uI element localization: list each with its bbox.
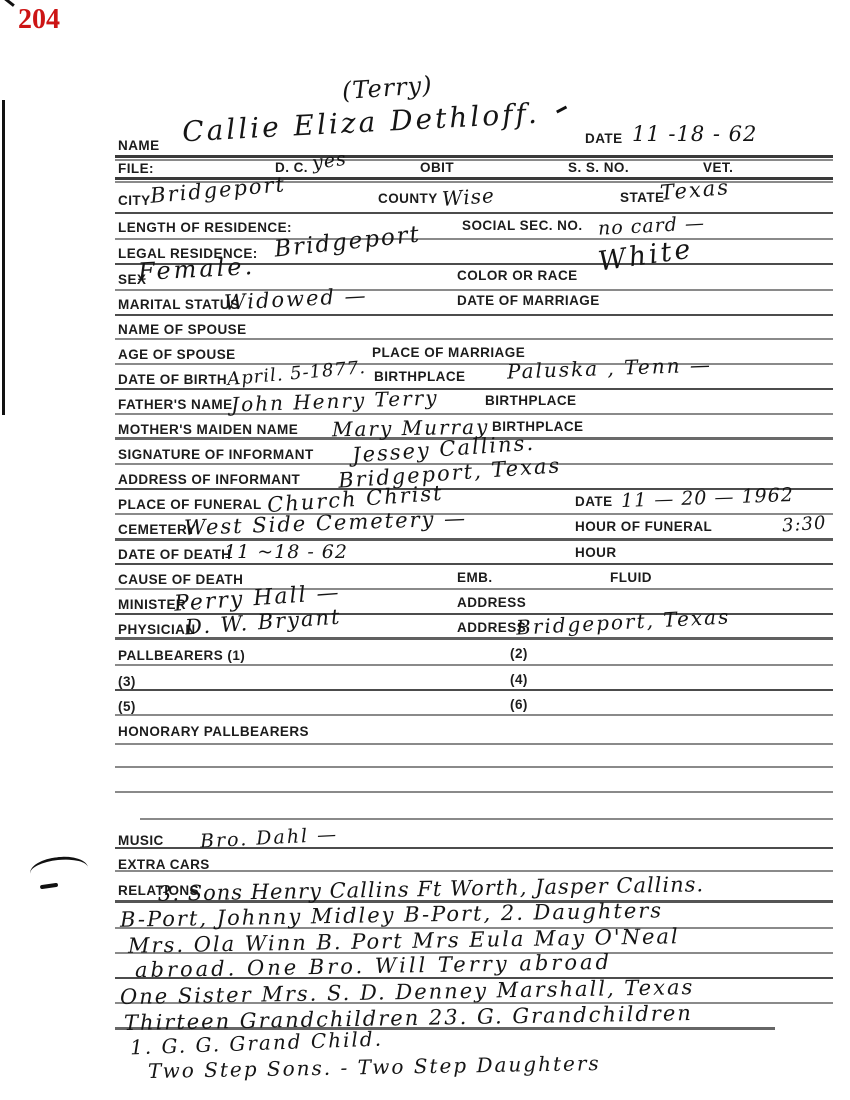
annotation-surname: (Terry) bbox=[341, 71, 433, 105]
field-label-birthplace-father: BIRTHPLACE bbox=[485, 393, 577, 408]
entry-legal-residence: Bridgeport bbox=[273, 221, 422, 262]
entry-fathers-name: John Henry Terry bbox=[231, 385, 439, 416]
field-label-name: NAME bbox=[118, 138, 160, 153]
field-label-county: COUNTY bbox=[378, 191, 438, 206]
field-label-pallbearer-1: PALLBEARERS (1) bbox=[118, 648, 245, 663]
field-label-physician: PHYSICIAN bbox=[118, 622, 196, 637]
field-label-social-sec-no: SOCIAL SEC. NO. bbox=[462, 218, 583, 233]
entry-marital-status: Widowed — bbox=[223, 283, 368, 314]
field-label-file: FILE: bbox=[118, 161, 154, 176]
field-label-date-of-marriage: DATE OF MARRIAGE bbox=[457, 293, 600, 308]
field-label-pallbearer-3: (3) bbox=[118, 674, 136, 689]
field-label-signature-of-informant: SIGNATURE OF INFORMANT bbox=[118, 447, 314, 462]
entry-date-top: 11 -18 - 62 bbox=[632, 122, 757, 146]
field-label-date-of-death: DATE OF DEATH bbox=[118, 547, 231, 562]
field-label-state: STATE bbox=[620, 190, 665, 205]
field-label-fluid: FLUID bbox=[610, 570, 652, 585]
field-label-pallbearer-6: (6) bbox=[510, 697, 528, 712]
field-label-hour: HOUR bbox=[575, 545, 617, 560]
field-label-date-top: DATE bbox=[585, 131, 623, 146]
field-label-pallbearer-4: (4) bbox=[510, 672, 528, 687]
entry-birthplace-self: Paluska , Tenn — bbox=[507, 352, 713, 383]
field-label-funeral-date: DATE bbox=[575, 494, 613, 509]
field-label-address-of-informant: ADDRESS OF INFORMANT bbox=[118, 472, 300, 487]
field-label-ssno: S. S. NO. bbox=[568, 160, 629, 175]
field-label-pallbearer-5: (5) bbox=[118, 699, 136, 714]
field-label-age-of-spouse: AGE OF SPOUSE bbox=[118, 347, 236, 362]
entry-color-or-race: White bbox=[596, 233, 695, 277]
entry-name: Callie Eliza Dethloff. bbox=[181, 97, 540, 149]
field-label-place-of-funeral: PLACE OF FUNERAL bbox=[118, 497, 262, 512]
field-label-color-or-race: COLOR OR RACE bbox=[457, 268, 578, 283]
field-label-date-of-birth: DATE OF BIRTH bbox=[118, 372, 227, 387]
field-label-honorary-pallbearers: HONORARY PALLBEARERS bbox=[118, 724, 309, 739]
scan-corner-mark bbox=[0, 0, 15, 7]
field-label-fathers-name: FATHER'S NAME bbox=[118, 397, 233, 412]
field-label-obit: OBIT bbox=[420, 160, 454, 175]
field-label-name-of-spouse: NAME OF SPOUSE bbox=[118, 322, 247, 337]
field-label-mothers-maiden-name: MOTHER'S MAIDEN NAME bbox=[118, 422, 298, 437]
page-number: 204 bbox=[18, 4, 60, 36]
entry-date-of-birth: April. 5-1877. bbox=[226, 357, 366, 390]
entry-county: Wise bbox=[441, 183, 495, 211]
field-label-place-of-marriage: PLACE OF MARRIAGE bbox=[372, 345, 525, 360]
entry-hour-of-funeral: 3:30 bbox=[781, 512, 827, 536]
entry-sex: Female. bbox=[137, 252, 255, 286]
field-label-music: MUSIC bbox=[118, 833, 164, 848]
field-label-city: CITY bbox=[118, 193, 151, 208]
entry-state: Texas bbox=[659, 175, 731, 205]
field-label-length-of-residence: LENGTH OF RESIDENCE: bbox=[118, 220, 292, 235]
field-label-hour-of-funeral: HOUR OF FUNERAL bbox=[575, 519, 712, 534]
entry-physician-address: Bridgeport, Texas bbox=[516, 604, 731, 639]
field-label-birthplace-self: BIRTHPLACE bbox=[374, 369, 466, 384]
field-label-vet: VET. bbox=[703, 160, 733, 175]
field-label-cause-of-death: CAUSE OF DEATH bbox=[118, 572, 243, 587]
entry-dc: yes bbox=[311, 148, 348, 175]
scan-left-edge-line bbox=[2, 100, 5, 415]
field-label-marital-status: MARITAL STATUS bbox=[118, 297, 240, 312]
field-label-emb: EMB. bbox=[457, 570, 493, 585]
field-label-extra-cars: EXTRA CARS bbox=[118, 857, 210, 872]
field-label-minister-address: ADDRESS bbox=[457, 595, 526, 610]
entry-date-of-death: 11 ~18 - 62 bbox=[224, 541, 348, 563]
entry-funeral-date: 11 — 20 — 1962 bbox=[621, 484, 795, 512]
stray-pen-arc bbox=[29, 854, 90, 887]
stray-tick-mark bbox=[556, 106, 567, 113]
scanned-funeral-record: 204 (Terry) NAME DATE FILE: D. C. OBIT S… bbox=[0, 0, 850, 1100]
field-label-pallbearer-2: (2) bbox=[510, 646, 528, 661]
